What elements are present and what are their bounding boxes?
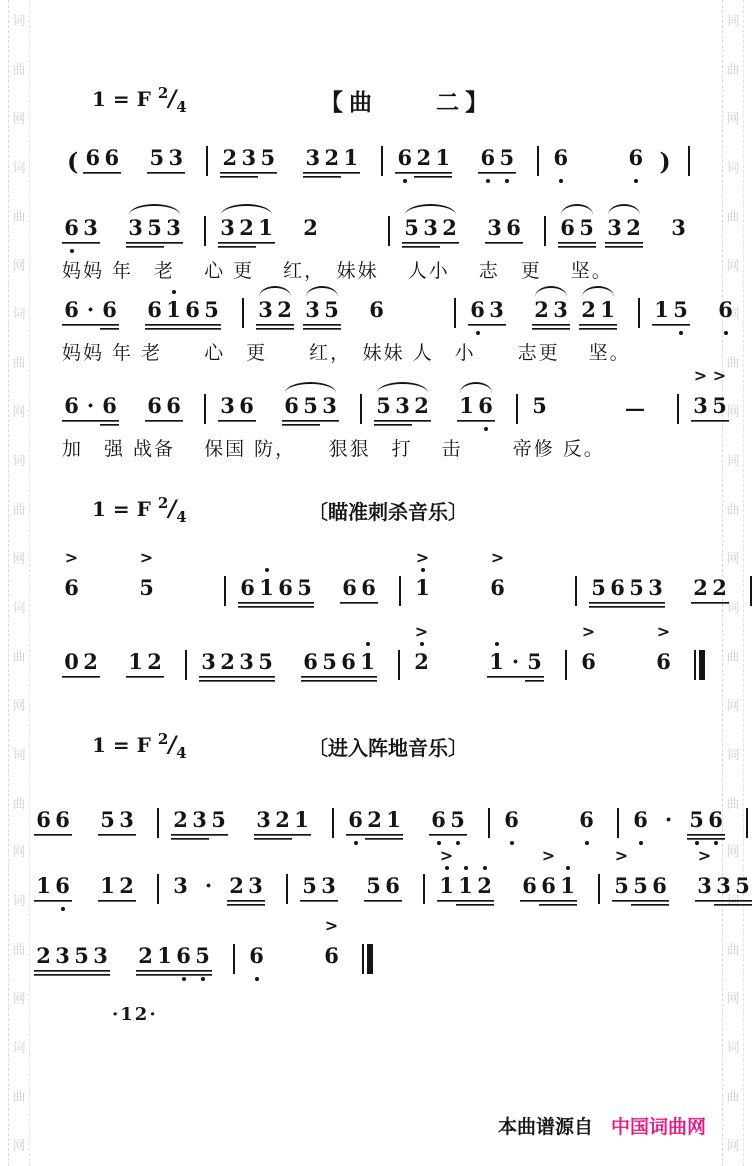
octave-dot-low xyxy=(476,331,480,335)
watermark-char: 曲 xyxy=(726,943,739,956)
note-group: 65 xyxy=(429,808,467,845)
note-group: 6165 xyxy=(145,298,221,335)
note-group: 2353 xyxy=(34,944,110,981)
watermark-char: 网 xyxy=(12,992,25,1005)
note: 1 xyxy=(126,650,145,687)
note: 6 xyxy=(247,944,266,981)
note: 1 xyxy=(34,874,53,911)
note: 1 xyxy=(98,874,117,911)
note: 6 xyxy=(367,298,386,335)
note-group: 235 xyxy=(171,808,228,845)
note: 3 xyxy=(171,874,190,911)
note: 3 xyxy=(117,808,136,845)
note-group: · xyxy=(659,808,678,845)
accent-mark: > xyxy=(491,550,504,566)
key-tonic: 1 = F xyxy=(92,497,151,521)
note-group: 23 xyxy=(227,874,265,911)
note: 2> xyxy=(412,650,431,687)
note-group: 63 xyxy=(62,216,100,253)
note: 1 xyxy=(292,808,311,845)
note: 3 xyxy=(319,874,338,911)
barline xyxy=(399,576,401,606)
note: 2 xyxy=(691,576,710,613)
octave-dot-low xyxy=(403,179,407,183)
note: 6 xyxy=(34,808,53,845)
note: 3 xyxy=(126,216,145,253)
barline xyxy=(242,298,244,328)
note: 2 xyxy=(145,650,164,687)
note-group: 6165 xyxy=(238,576,314,613)
note-group: 36 xyxy=(218,394,256,431)
watermark-char: 词 xyxy=(12,894,25,907)
note: · xyxy=(199,874,218,911)
final-barline xyxy=(362,944,373,974)
note-group: 66 xyxy=(145,394,183,431)
note: 5> xyxy=(710,394,729,431)
barline xyxy=(204,394,206,424)
note: 2 xyxy=(117,874,136,911)
note: 3 xyxy=(254,808,273,845)
accent-mark: > xyxy=(694,368,707,384)
note-group: 235 xyxy=(220,146,277,183)
note: 6> xyxy=(488,576,507,613)
note: 3 xyxy=(199,650,218,687)
note: 6 xyxy=(468,298,487,335)
note: · xyxy=(659,808,678,845)
octave-dot-low xyxy=(354,841,358,845)
note: 2 xyxy=(227,874,246,911)
octave-dot-high xyxy=(483,866,487,870)
octave-dot-high xyxy=(566,866,570,870)
note-group: 53 xyxy=(147,146,185,183)
watermark-char: 网 xyxy=(12,699,25,712)
note: · xyxy=(506,650,525,687)
note-group: 6 xyxy=(367,298,386,335)
note-group: 6> xyxy=(488,576,507,613)
note-group: 621 xyxy=(395,146,452,183)
note: 1 xyxy=(456,874,475,911)
accent-mark: > xyxy=(615,848,628,864)
accent-mark: > xyxy=(416,550,429,566)
note: 6 xyxy=(145,298,164,335)
note: 6> xyxy=(579,650,598,687)
watermark-char: 词 xyxy=(12,1041,25,1054)
note-group: 56 xyxy=(687,808,725,845)
accent-mark: > xyxy=(65,550,78,566)
note: 2 xyxy=(624,216,643,253)
note-group: 321 xyxy=(303,146,360,183)
note: 2 xyxy=(301,216,320,253)
note-group-slur: 23 xyxy=(532,298,570,335)
watermark-char: 词 xyxy=(726,161,739,174)
barline xyxy=(157,808,159,838)
note: 5 xyxy=(202,298,221,335)
note-group: 6> xyxy=(654,650,673,687)
note: 6 xyxy=(339,650,358,687)
barline xyxy=(185,650,187,680)
music-system-verse-1: 6335332125323665323妈妈 年 老 心 更 红， 妹妹 人小 志… xyxy=(62,188,752,283)
note: 6> xyxy=(654,650,673,687)
watermark-char: 曲 xyxy=(12,210,25,223)
note: 6 xyxy=(558,216,577,253)
watermark-char: 曲 xyxy=(12,797,25,810)
octave-dot-low xyxy=(201,977,205,981)
note: 5 xyxy=(589,576,608,613)
note-group: 66>1 xyxy=(520,874,577,911)
barline xyxy=(286,874,288,904)
octave-dot-low xyxy=(724,331,728,335)
note: 5 xyxy=(320,650,339,687)
note-group: 6 xyxy=(551,146,570,183)
note: 2 xyxy=(273,808,292,845)
note: 6 xyxy=(53,808,72,845)
barline xyxy=(224,576,226,606)
final-barline xyxy=(694,650,705,680)
barline xyxy=(537,146,539,176)
octave-dot-low xyxy=(695,841,699,845)
note: 6 xyxy=(478,146,497,183)
note: · xyxy=(81,298,100,335)
note-group: 56 xyxy=(364,874,402,911)
note: 1 xyxy=(652,298,671,335)
note: 5 xyxy=(193,944,212,981)
accent-mark: > xyxy=(325,918,338,934)
watermark-char: 网 xyxy=(726,1139,739,1152)
note-group: 6·6 xyxy=(62,394,119,431)
watermark-char: 网 xyxy=(12,112,25,125)
accent-mark: > xyxy=(542,848,555,864)
barline xyxy=(598,874,600,904)
note: 6 xyxy=(520,874,539,911)
note: 5 xyxy=(72,944,91,981)
barline xyxy=(423,874,425,904)
octave-dot-low xyxy=(182,977,186,981)
note-group: 6 xyxy=(631,808,650,845)
barline xyxy=(233,944,235,974)
note-group: 36 xyxy=(485,216,523,253)
note: 6 xyxy=(626,146,645,183)
note: · xyxy=(81,394,100,431)
note: 6 xyxy=(238,576,257,613)
barline xyxy=(565,650,567,680)
music-line: 6·6616532356632321156 xyxy=(62,270,752,335)
note: 5 xyxy=(448,808,467,845)
note: 5 xyxy=(147,146,166,183)
note: 5 xyxy=(300,874,319,911)
note: 2 xyxy=(412,394,431,431)
note: 6 xyxy=(340,576,359,613)
note-group: 6> xyxy=(322,944,341,981)
note: 6 xyxy=(62,216,81,253)
note-group: 6 xyxy=(247,944,266,981)
barline xyxy=(454,298,456,328)
note: 5 xyxy=(497,146,516,183)
barline xyxy=(688,146,690,176)
note: 6 xyxy=(100,394,119,431)
note-group: 6 xyxy=(502,808,521,845)
note: 2 xyxy=(275,298,294,335)
note: 2 xyxy=(81,650,100,687)
note: 5 xyxy=(577,216,596,253)
note-group-slur: 21 xyxy=(579,298,617,335)
note-group-slur: 32 xyxy=(605,216,643,253)
watermark-char: 曲 xyxy=(12,650,25,663)
note-group: 3 xyxy=(669,216,688,253)
note: 2 xyxy=(414,146,433,183)
note-group: 2165 xyxy=(136,944,212,981)
note: 6> xyxy=(539,874,558,911)
parenthesis: ( xyxy=(67,147,78,183)
note: 1 xyxy=(433,146,452,183)
note: 5> xyxy=(612,874,631,911)
note: 2 xyxy=(220,146,239,183)
note-group: 12 xyxy=(98,874,136,911)
octave-dot-low xyxy=(559,179,563,183)
watermark-char: 曲 xyxy=(726,503,739,516)
note: 6 xyxy=(237,394,256,431)
note-group-slur: 653 xyxy=(282,394,339,431)
note: 6> xyxy=(62,576,81,613)
note-group: 5653 xyxy=(589,576,665,613)
note: 1 xyxy=(341,146,360,183)
octave-dot-low xyxy=(505,179,509,183)
octave-dot-low xyxy=(61,907,65,911)
note: 1> xyxy=(437,874,456,911)
note: 6 xyxy=(183,298,202,335)
note: 3 xyxy=(166,146,185,183)
note: 6 xyxy=(502,808,521,845)
note: 1 xyxy=(487,650,506,687)
note: 6 xyxy=(359,576,378,613)
note: 5> xyxy=(137,576,156,613)
note: 1 xyxy=(164,298,183,335)
note-group: 1> xyxy=(413,576,432,613)
note: 6 xyxy=(83,146,102,183)
watermark-char: 网 xyxy=(12,552,25,565)
note: 5 xyxy=(687,808,706,845)
note-group: 22 xyxy=(691,576,729,613)
music-system-enter-1: 665323532162165666·56 xyxy=(34,780,752,845)
watermark-char: 词 xyxy=(726,14,739,27)
note-group-slur: 32 xyxy=(256,298,294,335)
note-group: 5> xyxy=(137,576,156,613)
note: 6 xyxy=(282,394,301,431)
note-group-slur: 35 xyxy=(303,298,341,335)
final-barline-thick xyxy=(367,944,373,974)
note: 3 xyxy=(164,216,183,253)
watermark-char: 词 xyxy=(12,161,25,174)
watermark-char: 网 xyxy=(12,1139,25,1152)
barline xyxy=(332,808,334,838)
note: 3 xyxy=(646,576,665,613)
note: 5 xyxy=(322,298,341,335)
key-tonic: 1 = F xyxy=(92,87,151,111)
note-group: 2> xyxy=(412,650,431,687)
note-group: 6·6 xyxy=(62,298,119,335)
music-line: 6>5>6165661>6>565322 xyxy=(62,548,752,613)
note: 1 xyxy=(457,394,476,431)
octave-dot-low xyxy=(585,841,589,845)
time-signature: 2/4 xyxy=(158,732,187,758)
key-signature: 1 = F2/4 xyxy=(92,496,187,522)
note: 1 xyxy=(598,298,617,335)
note: 6 xyxy=(145,394,164,431)
note-group: 3235 xyxy=(199,650,275,687)
note: 3 xyxy=(237,650,256,687)
note: 1 xyxy=(558,874,577,911)
barline xyxy=(638,298,640,328)
note: 5 xyxy=(671,298,690,335)
note: 3> xyxy=(691,394,710,431)
note-group: 66 xyxy=(340,576,378,613)
note-group: 3>5> xyxy=(691,394,729,431)
barline xyxy=(488,808,490,838)
note: 6> xyxy=(322,944,341,981)
accent-mark: > xyxy=(657,624,670,640)
note: 0 xyxy=(62,650,81,687)
music-system-enter-2: 16123·2353561>1266>15>563>35 xyxy=(34,846,752,911)
final-barline-thin xyxy=(694,650,696,680)
octave-dot-low xyxy=(484,427,488,431)
note: 5 xyxy=(301,394,320,431)
note: 6 xyxy=(53,874,72,911)
piece-title: 【曲 二】 xyxy=(320,84,494,117)
note: 3 xyxy=(218,216,237,253)
time-signature: 2/4 xyxy=(158,496,187,522)
music-system-intro: (66532353216216566) xyxy=(62,118,702,183)
note: 2 xyxy=(237,216,256,253)
note-group: 5 xyxy=(530,394,549,431)
note: 6 xyxy=(383,874,402,911)
lyrics-line: 妈妈 年 老 心 更 红， 妹妹 人 小 志更 坚。 xyxy=(62,338,752,365)
note: 1 xyxy=(256,216,275,253)
note: 3 xyxy=(393,394,412,431)
watermark-char: 网 xyxy=(12,845,25,858)
barline xyxy=(398,650,400,680)
note: 3 xyxy=(303,298,322,335)
note-group: 1>12 xyxy=(437,874,494,911)
note-group: 3>35 xyxy=(695,874,752,911)
octave-dot-low xyxy=(255,977,259,981)
note: 2 xyxy=(34,944,53,981)
watermark-char: 网 xyxy=(12,259,25,272)
octave-dot-low xyxy=(639,841,643,845)
watermark-char: 词 xyxy=(12,14,25,27)
music-line: 6335332125323665323 xyxy=(62,188,752,253)
note: 6 xyxy=(102,146,121,183)
watermark-char: 曲 xyxy=(726,63,739,76)
note: 2 xyxy=(365,808,384,845)
note: 1 xyxy=(384,808,403,845)
note: 6 xyxy=(346,808,365,845)
note: 6 xyxy=(716,298,735,335)
note-group: 321 xyxy=(254,808,311,845)
note: 3 xyxy=(246,874,265,911)
note: 6 xyxy=(62,394,81,431)
key-signature: 1 = F2/4 xyxy=(92,732,187,758)
music-system-aim-2: 0212323565612>1·56>6> xyxy=(62,622,705,687)
octave-dot-high xyxy=(420,642,424,646)
music-system-verse-2: 6·6616532356632321156妈妈 年 老 心 更 红， 妹妹 人 … xyxy=(62,270,752,365)
barline xyxy=(575,576,577,606)
note: 6 xyxy=(301,650,320,687)
lyrics-line: 加 强 战备 保国 防， 狠狠 打 击 帝修 反。 xyxy=(62,434,752,461)
note: 3 xyxy=(421,216,440,253)
note-group: 65 xyxy=(478,146,516,183)
music-system-enter-3: 2353216566> xyxy=(34,916,373,981)
watermark-char: 词 xyxy=(12,748,25,761)
octave-dot-low xyxy=(679,331,683,335)
note: 2 xyxy=(440,216,459,253)
note: 6 xyxy=(395,146,414,183)
note: 6 xyxy=(164,394,183,431)
octave-dot-low xyxy=(456,841,460,845)
note: 6 xyxy=(100,298,119,335)
note: 3 xyxy=(218,394,237,431)
footer-credit: 本曲谱源自中国词曲网 xyxy=(498,1112,706,1139)
note: 3 xyxy=(239,146,258,183)
note: 2 xyxy=(532,298,551,335)
note-group: 12 xyxy=(126,650,164,687)
note: 2 xyxy=(475,874,494,911)
music-line: 6·66636653532165—3>5>5> xyxy=(62,366,752,431)
note: 3 xyxy=(303,146,322,183)
note-group: 6561 xyxy=(301,650,377,687)
watermark-char: 词 xyxy=(726,1041,739,1054)
note-group: 53 xyxy=(98,808,136,845)
key-signature: 1 = F2/4 xyxy=(92,86,187,112)
note: 5 xyxy=(733,874,752,911)
music-system-verse-3: 6·66636653532165—3>5>5>加 强 战备 保国 防， 狠狠 打… xyxy=(62,366,752,461)
watermark-char: 曲 xyxy=(12,943,25,956)
note: 3 xyxy=(256,298,275,335)
final-barline-thin xyxy=(362,944,364,974)
watermark-char: 词 xyxy=(12,454,25,467)
note: 3 xyxy=(605,216,624,253)
footer-brand-link[interactable]: 中国词曲网 xyxy=(611,1117,706,1138)
section-label-aim-stab: 〔瞄准刺杀音乐〕 xyxy=(308,496,468,525)
note: 2 xyxy=(171,808,190,845)
watermark-char: 曲 xyxy=(12,503,25,516)
barline xyxy=(360,394,362,424)
note: 6 xyxy=(631,808,650,845)
note: 5 xyxy=(631,874,650,911)
note-group-slur: 16 xyxy=(457,394,495,431)
watermark-char: 词 xyxy=(726,748,739,761)
parenthesis: ) xyxy=(659,147,670,183)
accent-mark: > xyxy=(698,848,711,864)
note: 2 xyxy=(579,298,598,335)
octave-dot-high xyxy=(464,866,468,870)
barline xyxy=(157,874,159,904)
duration-dash: — xyxy=(625,396,645,431)
note-group-slur: 532 xyxy=(374,394,431,431)
note: 6 xyxy=(476,394,495,431)
note: 6 xyxy=(429,808,448,845)
note: 5 xyxy=(374,394,393,431)
music-line: 2353216566> xyxy=(34,916,373,981)
note-group: 6 xyxy=(626,146,645,183)
barline xyxy=(388,216,390,246)
note-group: 6> xyxy=(62,576,81,613)
note-group-slur: 353 xyxy=(126,216,183,253)
section-label-enter-position: 〔进入阵地音乐〕 xyxy=(308,732,468,761)
music-line: 0212323565612>1·56>6> xyxy=(62,622,705,687)
music-line: (66532353216216566) xyxy=(62,118,702,183)
note: 3 xyxy=(53,944,72,981)
note: 5 xyxy=(256,650,275,687)
octave-dot-low xyxy=(486,179,490,183)
